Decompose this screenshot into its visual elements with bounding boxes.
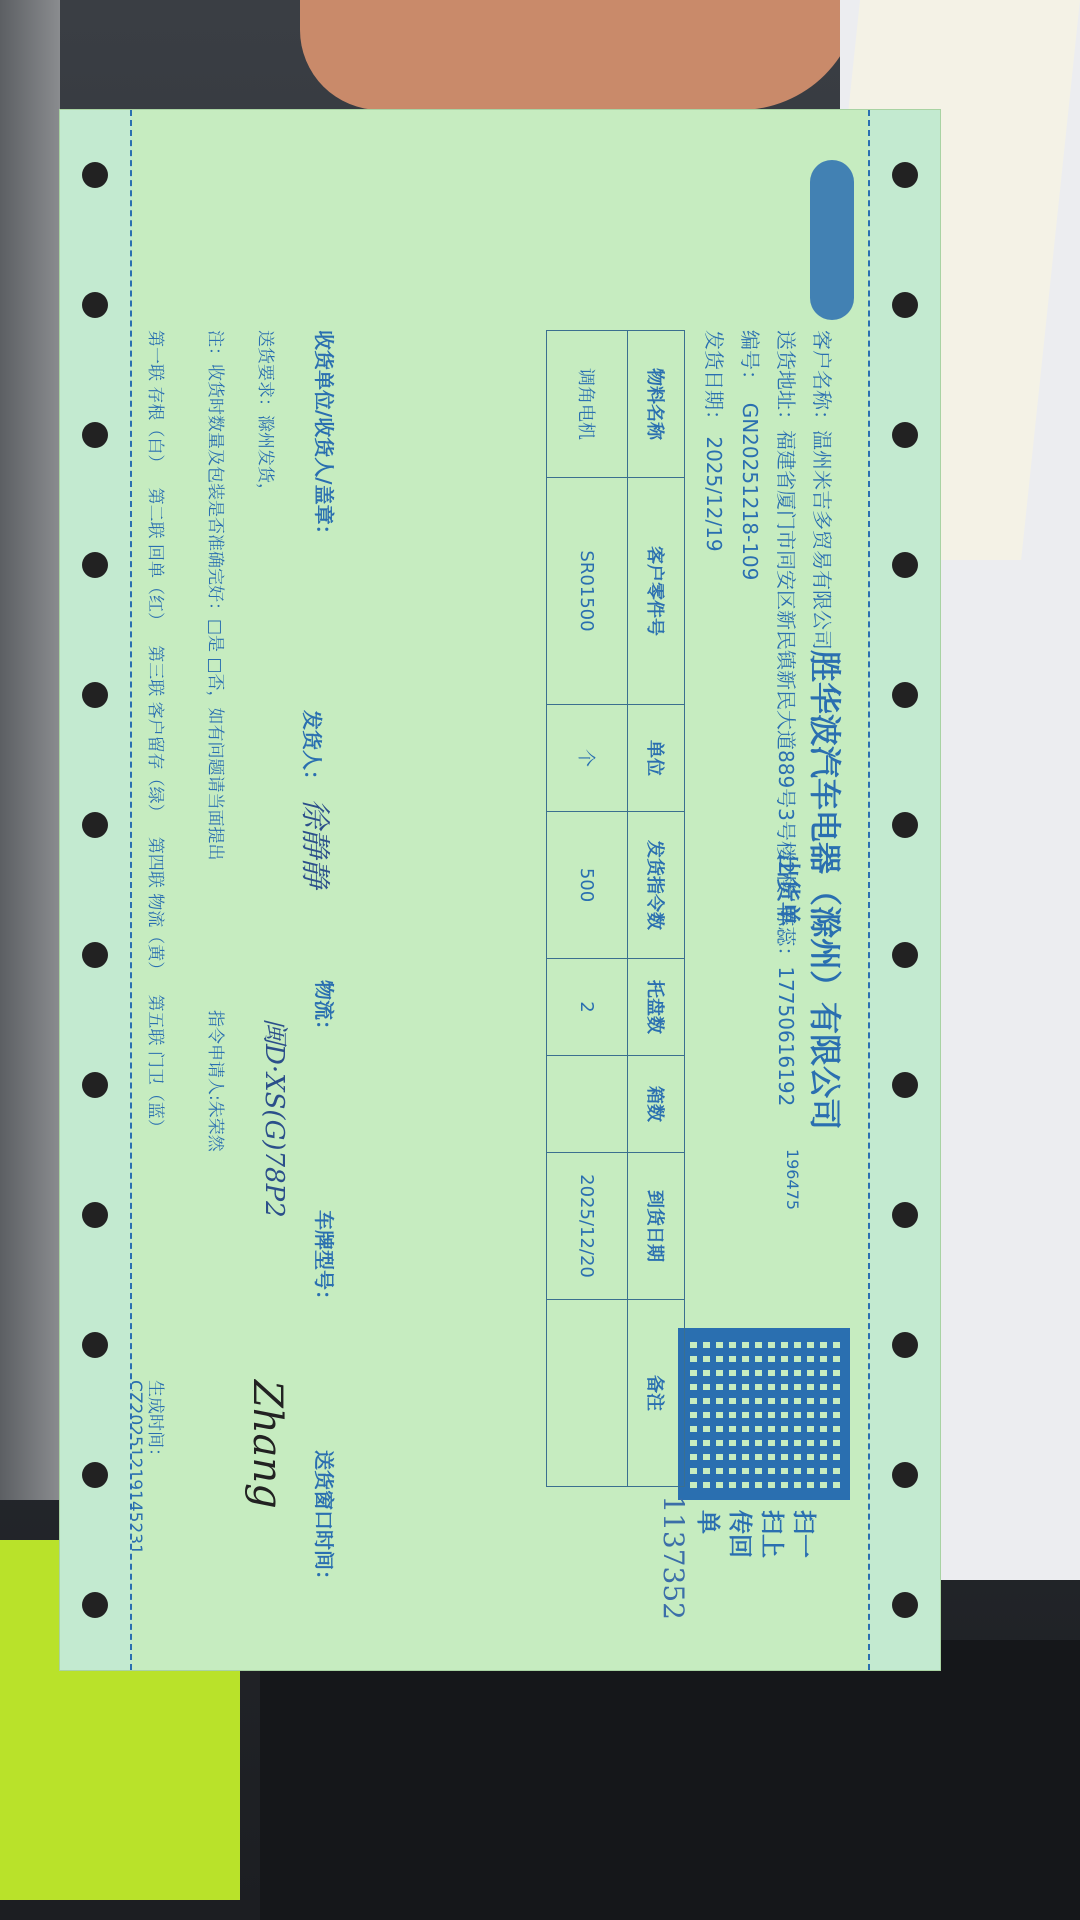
- receipt-note: 注：收货时数量及包装是否准确完好：□是 □否，如有问题请当面提出: [205, 330, 230, 861]
- shipper-field: 发货人：徐静静: [296, 710, 340, 888]
- receiver-label: 收货单位/收货人/盖章：: [311, 330, 340, 545]
- copy-distribution: 第一联 存根（白） 第二联 回单（红） 第三联 客户留存（绿） 第四联 物流（黄…: [145, 330, 170, 1136]
- items-table: 物料名称 客户零件号 单位 发货指令数 托盘数 箱数 到货日期 备注 调角电机 …: [546, 330, 685, 1487]
- applicant: 指令申请人:朱荣然: [205, 1010, 230, 1152]
- delivery-note-photo: 胜华波汽车电器（滁州）有限公司 出货单 196475 扫一扫上传回单 11373…: [60, 70, 940, 1710]
- address: 福建省厦门市同安区新民镇新民大道889号3号楼2楼: [774, 430, 798, 894]
- order-number: GN20251218-109: [738, 403, 762, 581]
- contact-phone: 17750616192: [774, 966, 798, 1106]
- table-row: 调角电机 SR01500 个 500 2 2025/12/20: [547, 331, 628, 1487]
- ship-date: 2025/12/19: [702, 436, 726, 551]
- delivery-note: 胜华波汽车电器（滁州）有限公司 出货单 196475 扫一扫上传回单 11373…: [60, 110, 940, 1670]
- customer-row: 客户名称：温州米吉多贸易有限公司: [804, 330, 840, 1106]
- number-row: 编号： GN20251218-109: [732, 330, 768, 1106]
- serial-number: 196475: [783, 1149, 802, 1210]
- ship-date-row: 发货日期： 2025/12/19: [696, 330, 732, 1106]
- customer-name: 温州米吉多贸易有限公司: [810, 430, 834, 650]
- address-row: 送货地址：福建省厦门市同安区新民镇新民大道889号3号楼2楼 陈蕊：177506…: [768, 330, 804, 1106]
- plate-handwritten: 闽D·XS(G)78P2: [258, 1018, 295, 1218]
- logistics-label: 物流：: [311, 980, 340, 1040]
- delivery-requirement: 送货要求：滁州发货，: [255, 330, 280, 500]
- table-header: 物料名称 客户零件号 单位 发货指令数 托盘数 箱数 到货日期 备注: [628, 331, 685, 1487]
- plate-label: 车牌型号：: [311, 1210, 340, 1310]
- background-seat-left: [0, 0, 60, 1500]
- handwritten-number: 1137352: [657, 1495, 690, 1620]
- qr-code[interactable]: [678, 1328, 850, 1500]
- window-time-label: 送货窗口时间：: [311, 1450, 340, 1590]
- shipper-signature: 徐静静: [297, 798, 332, 888]
- qr-label: 扫一扫上传回单: [692, 1510, 820, 1570]
- receiver-signature: Zhang: [244, 1380, 290, 1509]
- header-fields: 客户名称：温州米吉多贸易有限公司 送货地址：福建省厦门市同安区新民镇新民大道88…: [696, 330, 840, 1106]
- tractor-feed-strip-bottom: [60, 110, 132, 1670]
- tractor-feed-strip-top: [868, 110, 940, 1670]
- document-body: 胜华波汽车电器（滁州）有限公司 出货单 196475 扫一扫上传回单 11373…: [140, 150, 860, 1630]
